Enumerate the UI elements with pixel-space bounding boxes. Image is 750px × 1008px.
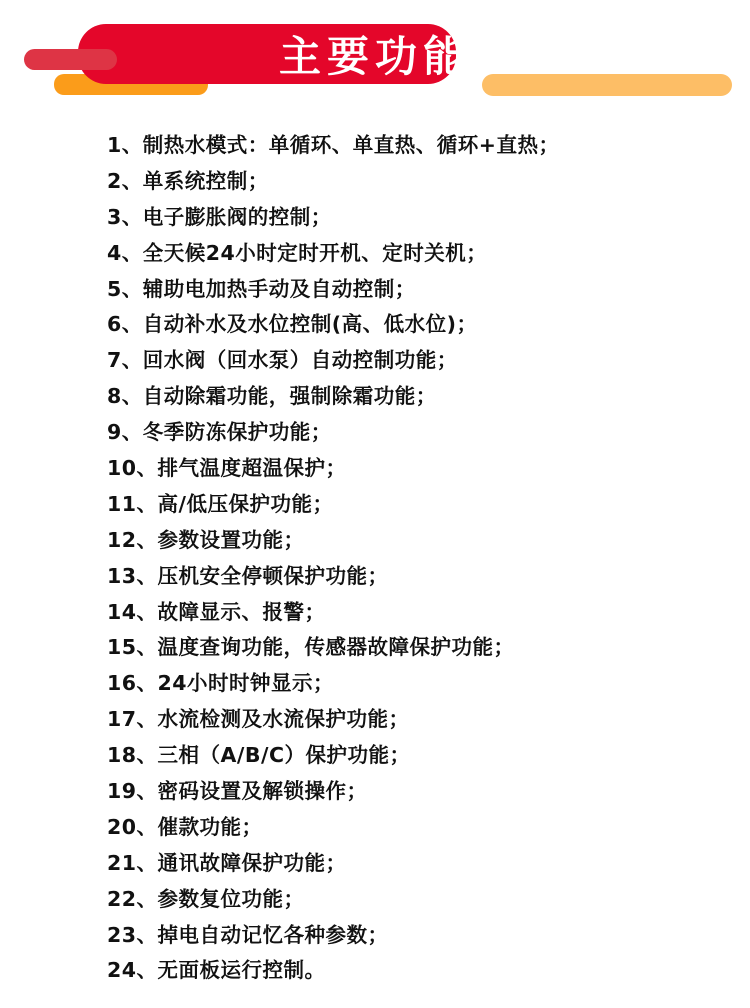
feature-item: 22、参数复位功能； — [107, 882, 559, 918]
feature-item: 10、排气温度超温保护； — [107, 451, 559, 487]
feature-list: 1、制热水模式：单循环、单直热、循环+直热； 2、单系统控制； 3、电子膨胀阀的… — [107, 128, 559, 989]
feature-item: 14、故障显示、报警； — [107, 595, 559, 631]
feature-item: 21、通讯故障保护功能； — [107, 846, 559, 882]
feature-item: 1、制热水模式：单循环、单直热、循环+直热； — [107, 128, 559, 164]
feature-item: 7、回水阀（回水泵）自动控制功能； — [107, 343, 559, 379]
feature-item: 3、电子膨胀阀的控制； — [107, 200, 559, 236]
feature-item: 15、温度查询功能，传感器故障保护功能； — [107, 630, 559, 666]
feature-item: 20、催款功能； — [107, 810, 559, 846]
page-title: 主要功能 — [0, 24, 750, 84]
feature-item: 9、冬季防冻保护功能； — [107, 415, 559, 451]
feature-item: 8、自动除霜功能，强制除霜功能； — [107, 379, 559, 415]
feature-item: 2、单系统控制； — [107, 164, 559, 200]
feature-item: 24、无面板运行控制。 — [107, 953, 559, 989]
feature-item: 19、密码设置及解锁操作； — [107, 774, 559, 810]
feature-item: 18、三相（A/B/C）保护功能； — [107, 738, 559, 774]
feature-item: 23、掉电自动记忆各种参数； — [107, 918, 559, 954]
feature-item: 11、高/低压保护功能； — [107, 487, 559, 523]
feature-item: 16、24小时时钟显示； — [107, 666, 559, 702]
feature-item: 17、水流检测及水流保护功能； — [107, 702, 559, 738]
feature-item: 4、全天候24小时定时开机、定时关机； — [107, 236, 559, 272]
feature-item: 5、辅助电加热手动及自动控制； — [107, 272, 559, 308]
feature-item: 13、压机安全停顿保护功能； — [107, 559, 559, 595]
feature-item: 12、参数设置功能； — [107, 523, 559, 559]
section-banner: 主要功能 — [0, 0, 750, 110]
feature-item: 6、自动补水及水位控制(高、低水位)； — [107, 307, 559, 343]
